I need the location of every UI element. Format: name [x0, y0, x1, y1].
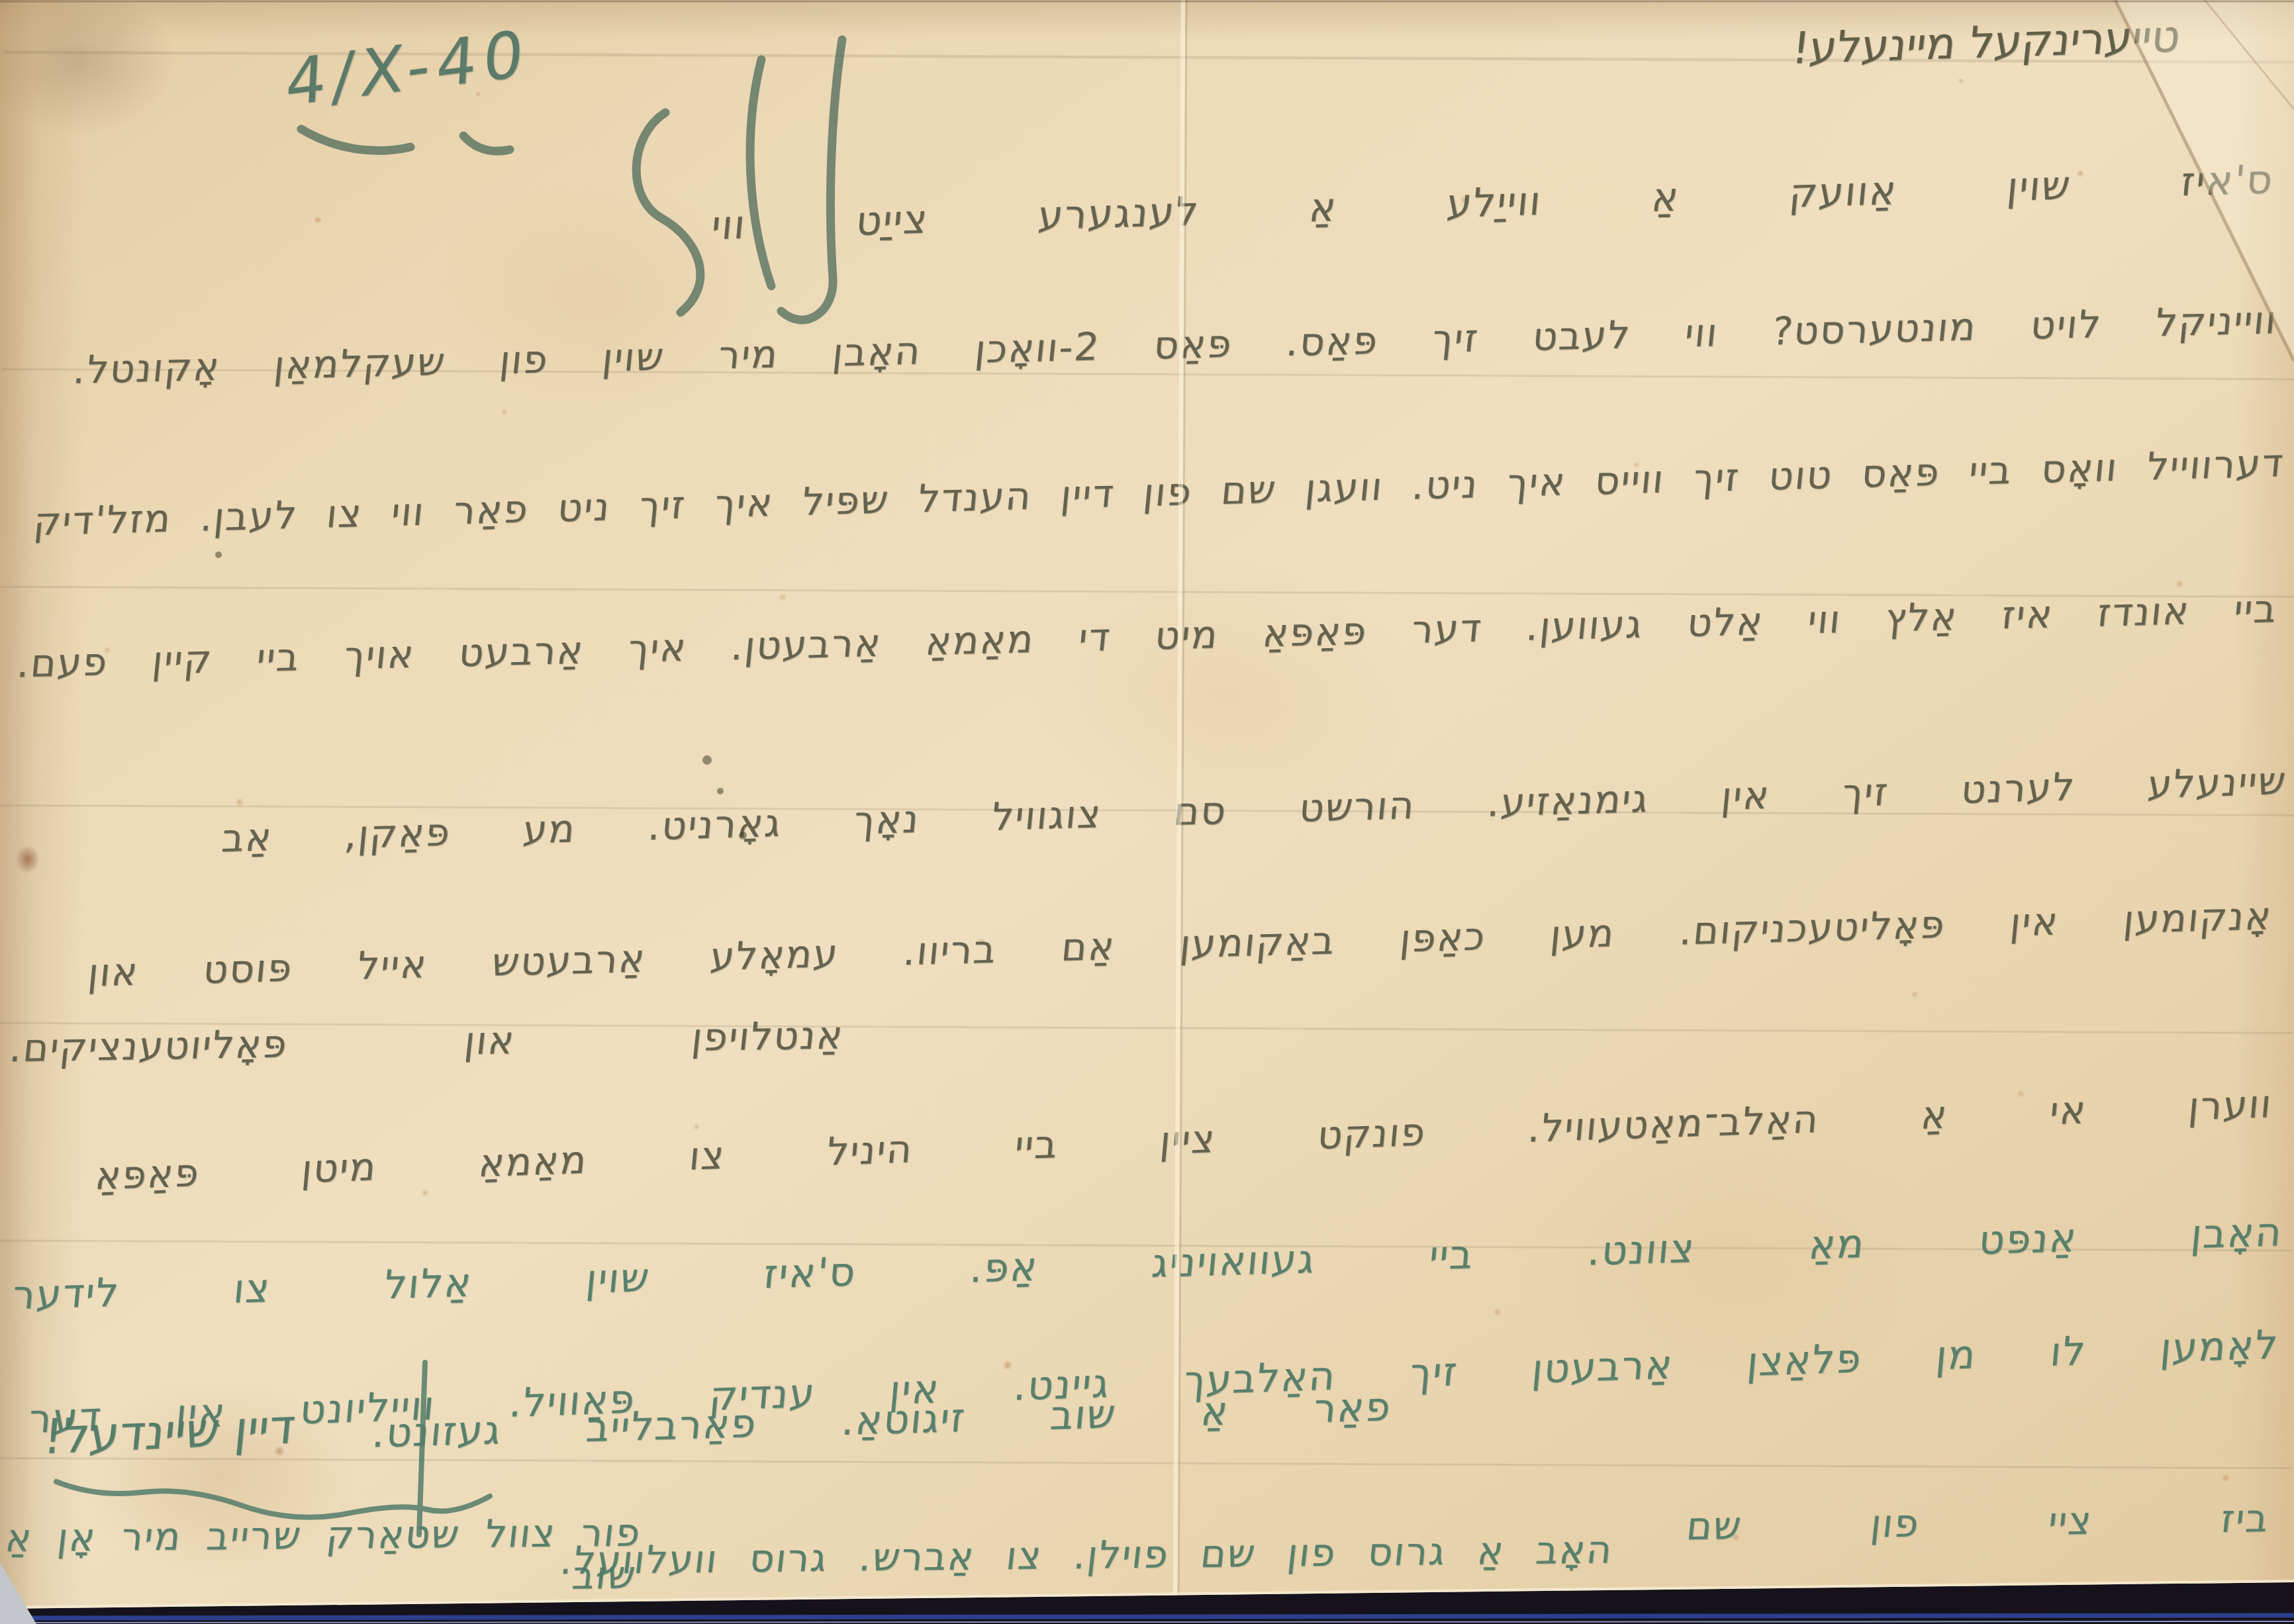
scanned-letter-page: 4/X-40 טייערינקעל מיינעלע! ס'איז שוין אַ…	[0, 0, 2294, 1624]
handwritten-line: פור צוול שטאַרק שרייב מיר אָן אַ שוב	[0, 1512, 644, 1602]
handwritten-line: ביז ציי פון שם	[1684, 1498, 2271, 1548]
